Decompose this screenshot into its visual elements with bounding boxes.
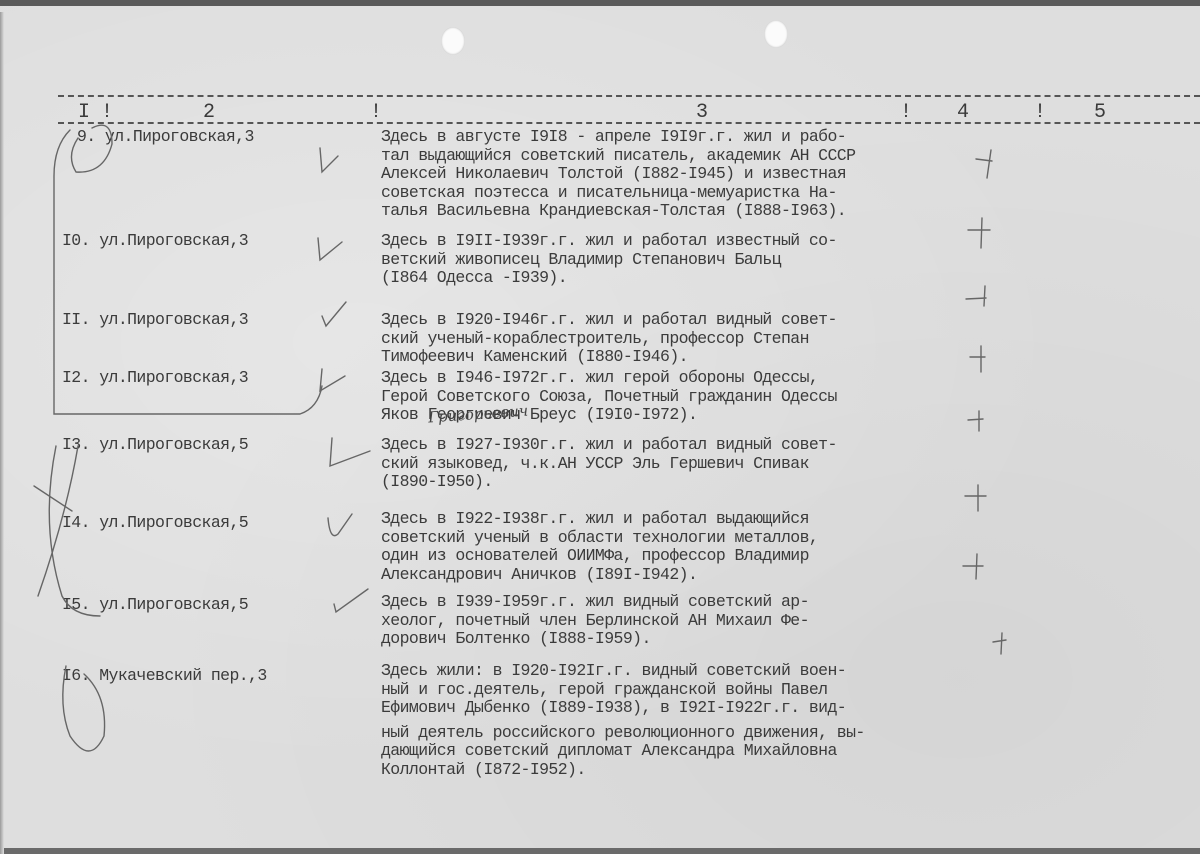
checkmark-icon (318, 238, 342, 260)
checkmark-icon (330, 438, 370, 466)
plus-mark-icon (968, 218, 990, 248)
plus-mark-icon (970, 346, 985, 372)
bracket-annotation (54, 130, 322, 414)
circle-annotation (71, 125, 112, 172)
pencil-annotations (0, 6, 1200, 848)
cross-annotation (34, 486, 72, 511)
plus-mark-icon (993, 633, 1006, 654)
plus-mark-icon (968, 411, 983, 431)
cross-annotation (49, 446, 100, 616)
document-page: I ! 2 ! 3 ! 4 ! 5 9. ул.Пироговская,3 Зд… (0, 6, 1200, 848)
checkmark-icon (328, 514, 352, 536)
checkmark-icon (320, 148, 338, 172)
cross-annotation (38, 446, 78, 596)
plus-mark-icon (963, 554, 983, 579)
oval-annotation (63, 666, 105, 751)
plus-mark-icon (965, 485, 986, 511)
plus-mark-icon (976, 150, 992, 178)
checkmark-icon (334, 589, 368, 612)
checkmark-icon (322, 302, 346, 326)
checkmark-icon (320, 369, 345, 391)
plus-mark-icon (966, 286, 986, 306)
